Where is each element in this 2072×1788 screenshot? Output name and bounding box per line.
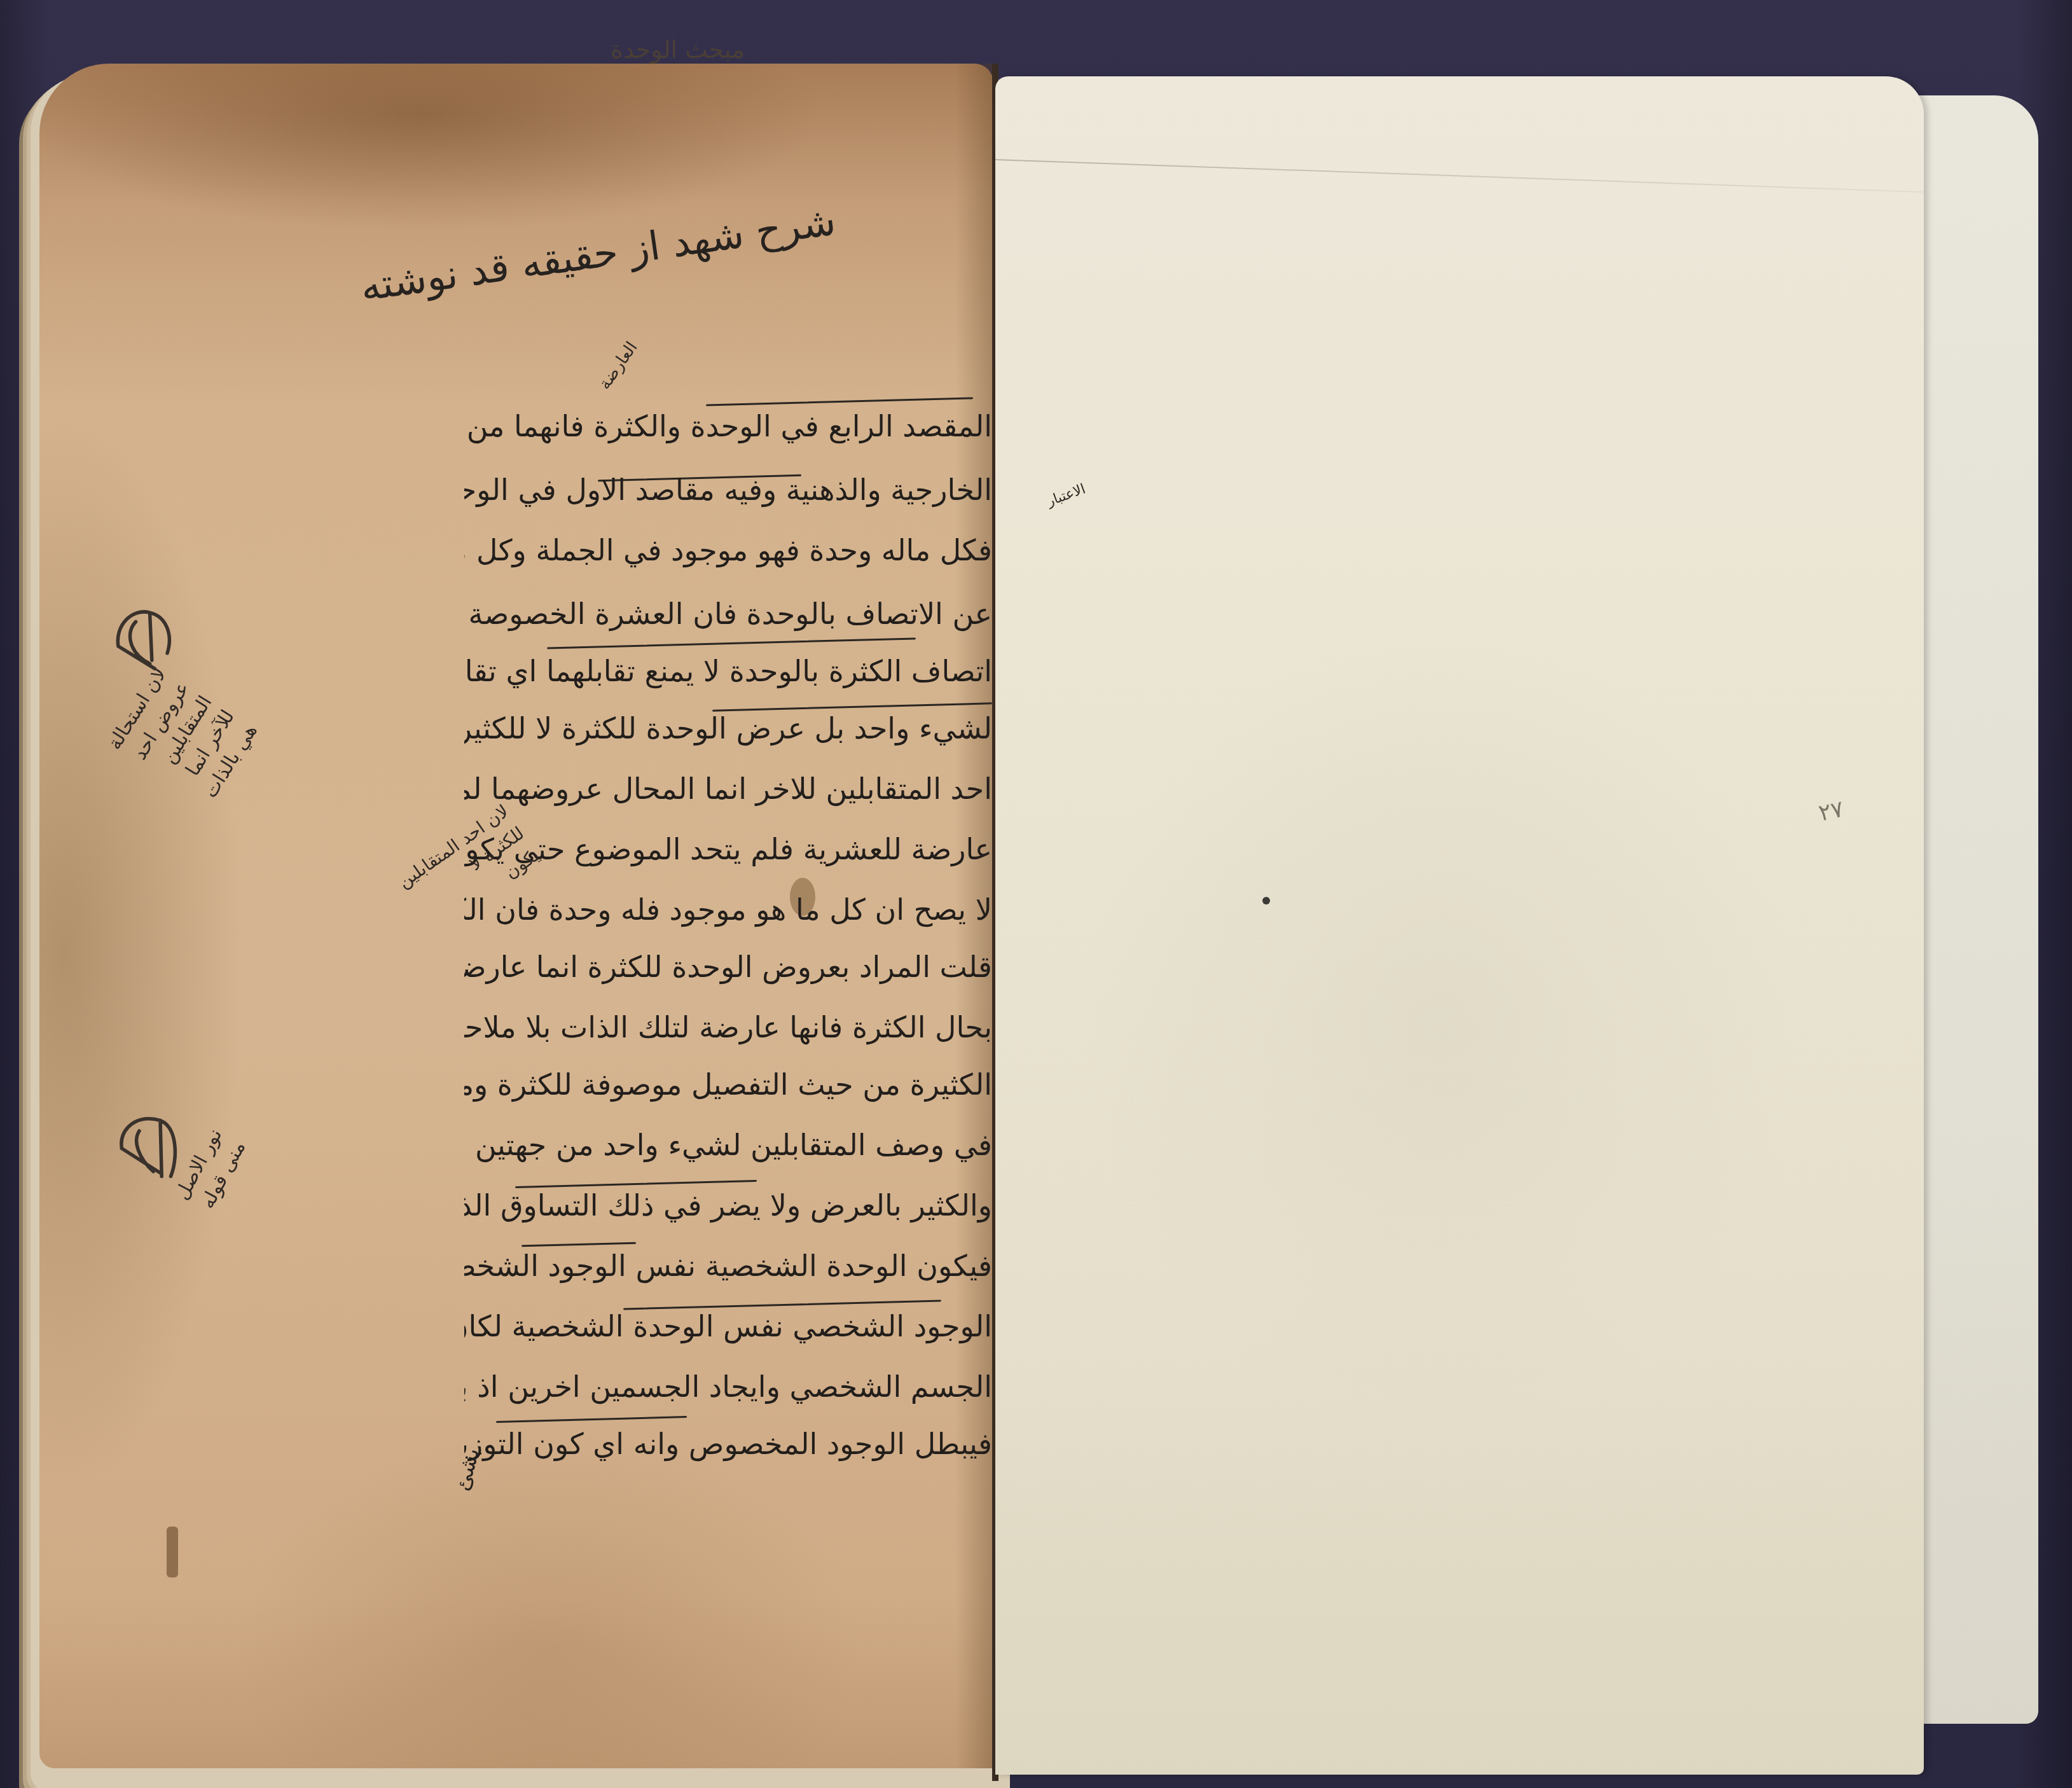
text-line: بحال الكثرة فانها عارضة لتلك الذات بلا م… bbox=[464, 995, 992, 1059]
text-line: عن الاتصاف بالوحدة فان العشرة الخصوصة مث… bbox=[464, 582, 992, 646]
text-line: في وصف المتقابلين لشيء واحد من جهتين ولن… bbox=[464, 1113, 992, 1177]
text-line: لشيء واحد بل عرض الوحدة للكثرة لا للكثير… bbox=[464, 696, 992, 760]
text-line: فكل ماله وحدة فهو موجود في الجملة وكل مو… bbox=[464, 518, 992, 582]
paper-damage bbox=[167, 1527, 178, 1577]
text-line: اتصاف الكثرة بالوحدة لا يمنع تقابلهما اي… bbox=[464, 639, 992, 703]
text-line: الوجود الشخصي نفس الوحدة الشخصية لكان ال… bbox=[464, 1294, 992, 1358]
text-line: احد المتقابلين للاخر انما المحال عروضهما… bbox=[464, 757, 992, 821]
text-line: الجسم الشخصي وايجاد الجسمين اخرين اذ بال… bbox=[464, 1355, 992, 1418]
text-line: فيكون الوحدة الشخصية نفس الوجود الشخصي ا… bbox=[464, 1234, 992, 1298]
text-line: الكثيرة من حيث التفصيل موصوفة للكثرة ومن… bbox=[464, 1053, 992, 1116]
heading-note: مبحث الوحدة bbox=[611, 36, 745, 64]
fold-crease bbox=[995, 159, 1923, 193]
pencil-folio-number: ٢٧ bbox=[1816, 796, 1846, 826]
text-line: لا يصح ان كل ما هو موجود فله وحدة فان ال… bbox=[464, 878, 992, 941]
text-line: قلت المراد بعروض الوحدة للكثرة انما عارض… bbox=[464, 935, 992, 999]
text-line: الخارجية والذهنية وفيه مقاصد الاول في ال… bbox=[464, 458, 992, 522]
ink-spot bbox=[1262, 897, 1270, 904]
text-line: عارضة للعشرية فلم يتحد الموضوع حتى يكون … bbox=[464, 817, 992, 881]
main-text-block: المقصد الرابع في الوحدة والكثرة فانهما م… bbox=[464, 375, 992, 1584]
text-line: والكثير بالعرض ولا يضر في ذلك التساوق ال… bbox=[464, 1174, 992, 1237]
ownership-seal-icon bbox=[111, 1110, 181, 1180]
text-line: فيبطل الوجود المخصوص وانه اي كون التوزيع… bbox=[464, 1412, 992, 1476]
text-line: المقصد الرابع في الوحدة والكثرة فانهما م… bbox=[464, 394, 992, 458]
right-page-blank-flyleaf bbox=[995, 76, 1924, 1775]
ownership-seal-icon bbox=[111, 604, 181, 674]
